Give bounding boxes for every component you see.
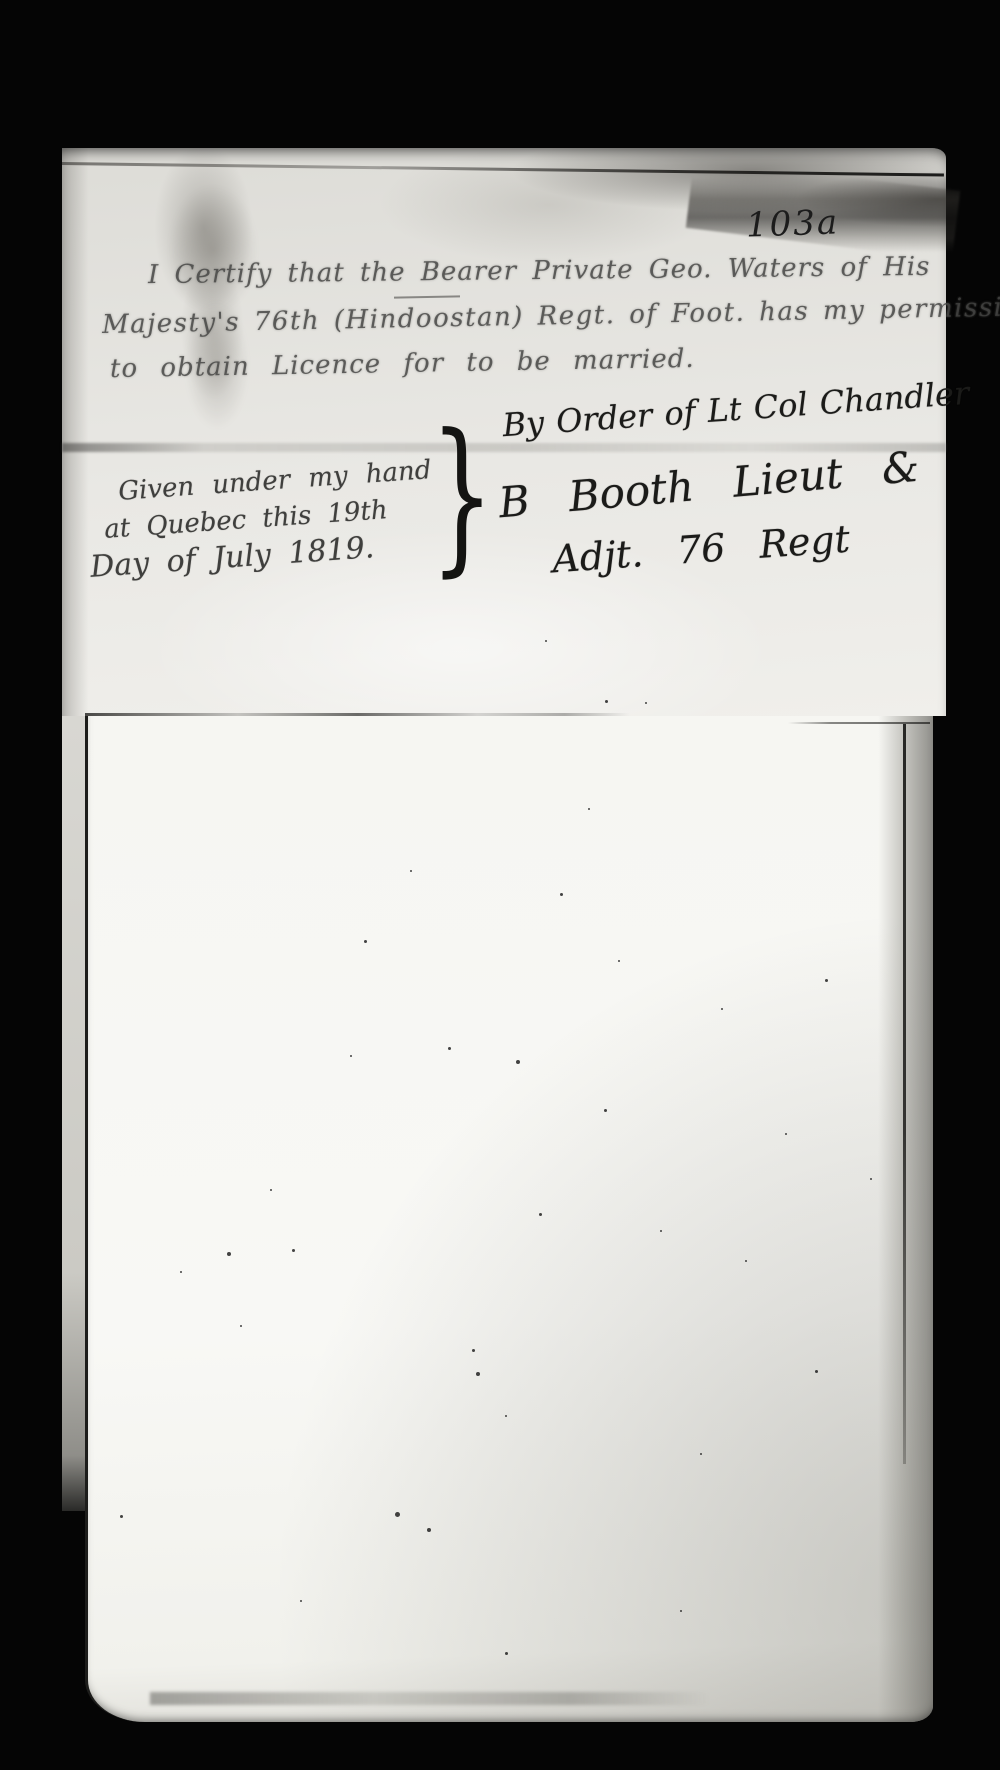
ink-speck xyxy=(180,1271,182,1273)
ink-speck xyxy=(815,1370,818,1373)
page-junction-line xyxy=(788,722,930,724)
ink-speck xyxy=(605,700,608,703)
ink-speck xyxy=(604,1109,607,1112)
dateline-brace: } xyxy=(430,398,494,592)
ink-speck xyxy=(560,893,563,896)
ink-speck xyxy=(539,1213,542,1216)
ink-speck xyxy=(825,979,828,982)
ink-speck xyxy=(410,870,412,872)
ink-speck xyxy=(745,1260,747,1262)
archive-number: 103a xyxy=(745,202,840,245)
stain-blob xyxy=(168,185,258,315)
blank-page xyxy=(85,716,933,1722)
ink-speck xyxy=(505,1652,508,1655)
ink-speck xyxy=(292,1249,295,1252)
ink-speck xyxy=(472,1349,475,1352)
ink-speck xyxy=(476,1372,480,1376)
ink-speck xyxy=(545,640,547,642)
document-scan: 103a I Certify that the Bearer Private G… xyxy=(0,0,1000,1770)
ink-speck xyxy=(364,940,367,943)
ink-speck xyxy=(660,1230,662,1232)
bottom-edge-smear xyxy=(150,1692,710,1705)
ink-speck xyxy=(427,1528,431,1532)
page-junction-line xyxy=(85,713,630,716)
ink-speck xyxy=(270,1189,272,1191)
ink-speck xyxy=(785,1133,787,1135)
ink-speck xyxy=(448,1047,451,1050)
ink-speck xyxy=(516,1060,520,1064)
ink-speck xyxy=(588,808,590,810)
ink-speck xyxy=(618,960,620,962)
ink-speck xyxy=(395,1512,400,1517)
ink-speck xyxy=(120,1515,123,1518)
ink-speck xyxy=(505,1415,507,1417)
left-page-edge xyxy=(62,716,85,1511)
ink-speck xyxy=(350,1055,352,1057)
ink-speck xyxy=(680,1610,682,1612)
ink-speck xyxy=(240,1325,242,1327)
ink-speck xyxy=(721,1008,723,1010)
ink-speck xyxy=(870,1178,872,1180)
ink-speck xyxy=(300,1600,302,1602)
ink-speck xyxy=(227,1252,231,1256)
right-margin-rule xyxy=(903,724,906,1464)
ink-speck xyxy=(645,702,647,704)
ink-speck xyxy=(700,1453,702,1455)
